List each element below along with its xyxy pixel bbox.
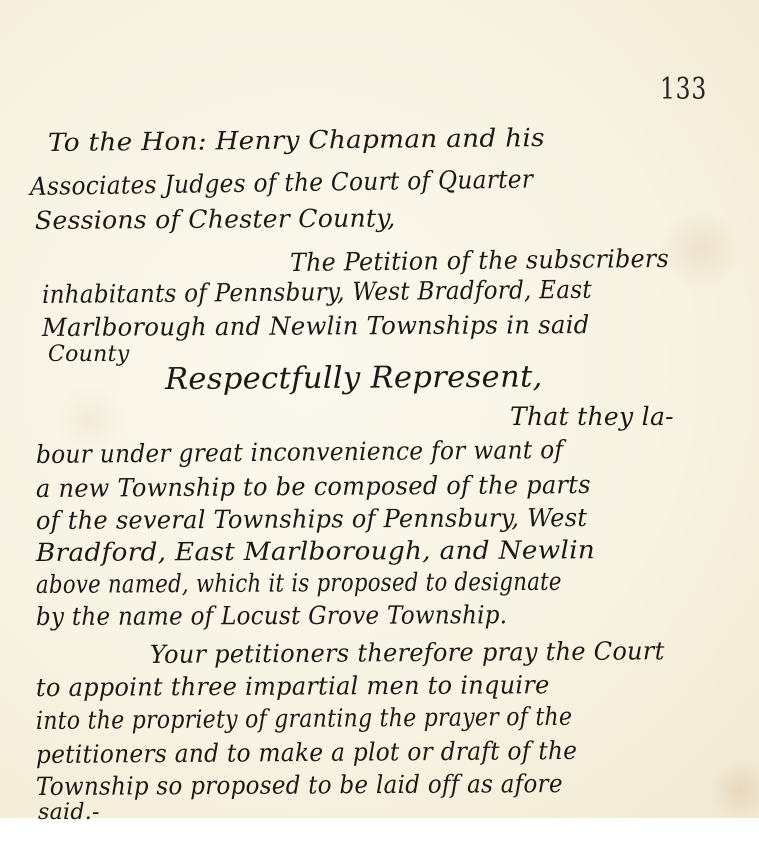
prayer-line-3: into the propriety of granting the praye… bbox=[36, 702, 572, 735]
petition-intro-line: The Petition of the subscribers bbox=[290, 244, 669, 277]
salutation-line-2: Associates Judges of the Court of Quarte… bbox=[30, 164, 534, 201]
page-number: 133 bbox=[660, 72, 707, 107]
county-line: County bbox=[48, 342, 130, 367]
prayer-line-5: Township so proposed to be laid off as a… bbox=[36, 769, 563, 801]
manuscript-page: 133 To the Hon: Henry Chapman and his As… bbox=[0, 0, 759, 818]
prayer-line-4: petitioners and to make a plot or draft … bbox=[36, 736, 577, 769]
body-line-7: by the name of Locust Grove Township. bbox=[36, 600, 507, 631]
respectfully-represent-heading: Respectfully Represent, bbox=[165, 359, 543, 397]
prayer-line-2: to appoint three impartial men to inquir… bbox=[36, 670, 550, 702]
townships-line: Marlborough and Newlin Townships in said bbox=[42, 310, 590, 342]
body-line-1: That they la- bbox=[510, 402, 674, 431]
body-line-6: above named, which it is proposed to des… bbox=[36, 567, 562, 599]
body-line-3: a new Township to be composed of the par… bbox=[36, 470, 591, 503]
body-line-2: bour under great inconvenience for want … bbox=[36, 435, 564, 469]
salutation-line-3: Sessions of Chester County, bbox=[35, 203, 396, 235]
inhabitants-line: inhabitants of Pennsbury, West Bradford,… bbox=[42, 275, 592, 309]
prayer-line-6: said.- bbox=[38, 800, 100, 825]
body-line-4: of the several Townships of Pennsbury, W… bbox=[36, 503, 587, 535]
prayer-line-1: Your petitioners therefore pray the Cour… bbox=[150, 636, 665, 669]
body-line-5: Bradford, East Marlborough, and Newlin bbox=[36, 535, 595, 567]
salutation-line-1: To the Hon: Henry Chapman and his bbox=[48, 123, 545, 157]
